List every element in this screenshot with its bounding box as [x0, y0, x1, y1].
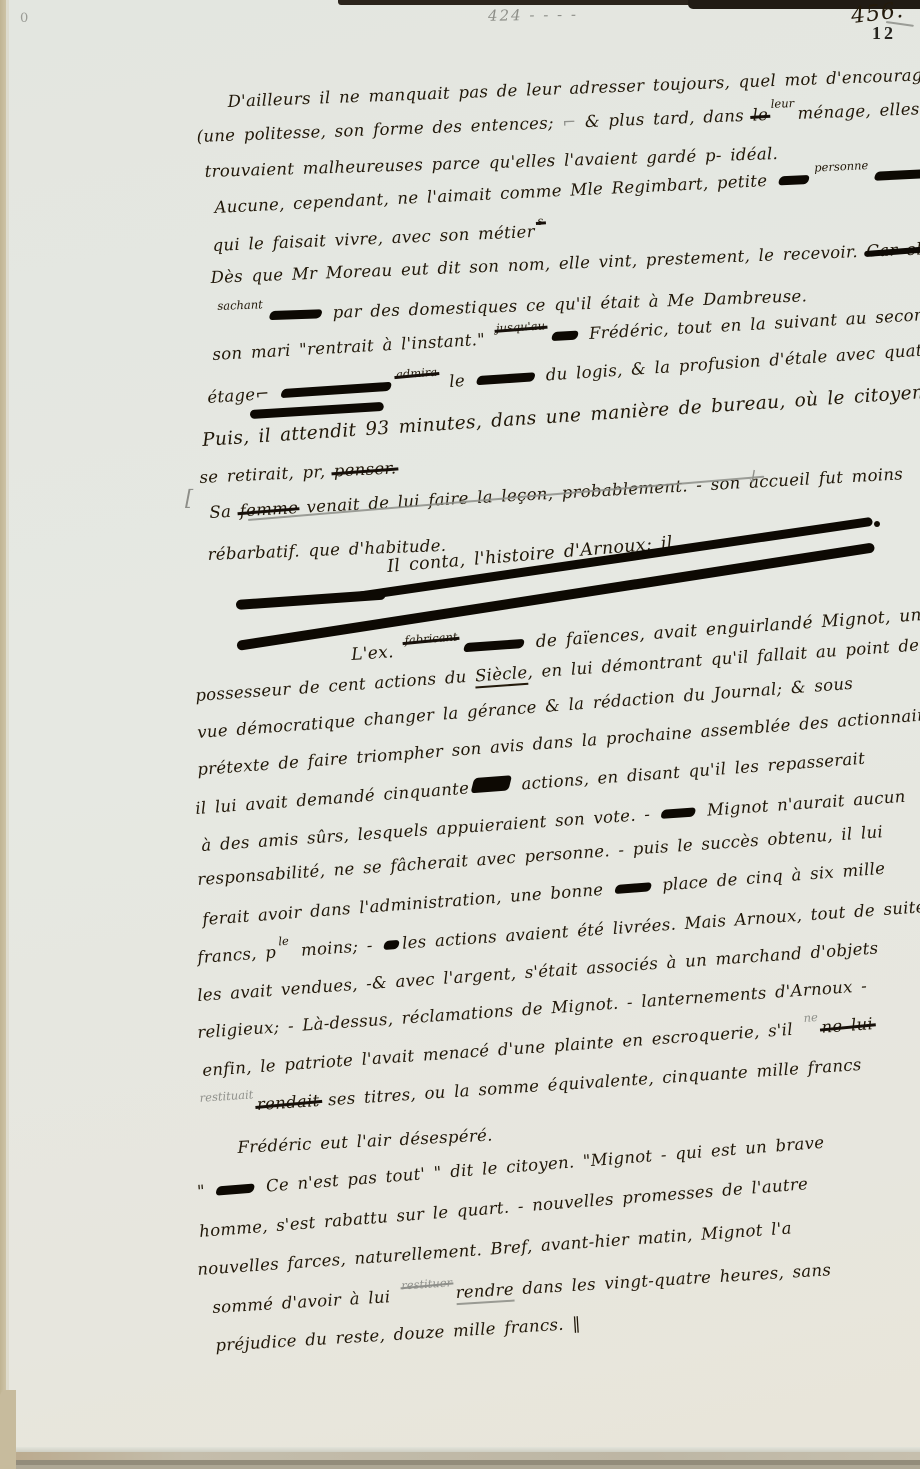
- inserted-word-struck: jusqu'au: [496, 318, 546, 335]
- handwritten-text: le: [440, 370, 474, 391]
- inserted-word: personne: [814, 158, 869, 175]
- manuscript-page: 424 - - - - 456. 12 0 D'ailleurs il ne m…: [0, 0, 920, 1469]
- pencil-inserted-word-struck: restituer: [401, 1275, 453, 1292]
- handwritten-text: Frédéric eut l'air désespéré.: [237, 1126, 493, 1157]
- blackout-redaction: [661, 807, 697, 819]
- ink-dot: [874, 521, 880, 527]
- handwritten-text: dans les vingt-quatre heures, sans: [513, 1260, 831, 1298]
- handwritten-text: son mari "rentrait à l'instant.": [212, 329, 494, 364]
- handwritten-text: se retirait, pr,: [199, 461, 334, 487]
- heavily-struck-text: Car elle: [866, 239, 920, 261]
- blackout-redaction: [475, 372, 535, 385]
- blackout-redaction: [383, 940, 400, 950]
- book-bottom-edge: [0, 1452, 920, 1460]
- handwritten-text: moins; -: [292, 935, 382, 960]
- manuscript-line: qui le faisait vivre, avec son métiers: [212, 221, 547, 255]
- blackout-redaction: [216, 1183, 256, 1195]
- handwritten-text: L'ex.: [351, 641, 403, 665]
- inserted-word: sachant: [217, 297, 263, 313]
- handwritten-text: il lui avait demandé cinquante: [195, 778, 470, 818]
- handwritten-text: (une politesse, son forme des entences;: [196, 113, 554, 146]
- handwritten-text: étage⌐: [207, 383, 279, 407]
- blackout-redaction: [874, 169, 920, 181]
- handwritten-text: du logis, & la profusion d'étale avec qu…: [537, 336, 920, 385]
- struck-text: le: [752, 105, 768, 125]
- blackout-redaction: [470, 775, 512, 793]
- handwritten-text: sommé d'avoir à lui: [212, 1287, 400, 1317]
- blackout-redaction: [463, 639, 525, 652]
- handwritten-text: place de cinq à six mille: [653, 859, 886, 895]
- inserted-word-struck: admira: [396, 365, 438, 382]
- book-bottom-edge: [0, 1465, 920, 1469]
- blackout-redaction: [550, 331, 578, 342]
- handwritten-text: & plus tard, dans: [585, 106, 753, 131]
- handwritten-text: actions, en disant qu'il les repasserait: [512, 749, 865, 794]
- handwritten-text: ferait avoir dans l'administration, une …: [202, 879, 613, 929]
- pencil-bracket-mark: [: [185, 486, 193, 510]
- inserted-word: leur: [770, 96, 794, 111]
- handwritten-text: francs, p: [197, 943, 277, 967]
- struck-text: penser.: [333, 458, 396, 480]
- blackout-bar: [250, 402, 384, 419]
- handwritten-text: possesseur de cent actions du: [195, 666, 476, 705]
- handwritten-text: qui le faisait vivre, avec son métier: [212, 222, 535, 255]
- pencil-inserted-word: ne: [803, 1010, 818, 1025]
- foliation-number-pencil: 424 - - - -: [488, 5, 578, 25]
- manuscript-line: se retirait, pr, penser.: [199, 458, 397, 487]
- pencil-inserted-word: restituait: [199, 1087, 253, 1105]
- handwritten-text: ": [197, 1181, 215, 1201]
- bottom-left-corner-stain: [0, 1390, 16, 1469]
- blackout-redaction: [614, 882, 652, 894]
- printed-page-number: 12: [872, 23, 896, 44]
- blackout-redaction: [280, 382, 392, 398]
- inserted-word-struck: fabricant: [404, 630, 458, 648]
- heavy-strikethrough-bar: [236, 590, 386, 610]
- inserted-word: le: [278, 934, 289, 949]
- handwritten-text: ménage, elles se: [797, 98, 920, 123]
- corner-pencil-mark: 0: [20, 11, 28, 26]
- manuscript-line: Frédéric eut l'air désespéré.: [237, 1126, 493, 1157]
- manuscript-line: préjudice du reste, douze mille francs. …: [215, 1314, 581, 1355]
- underlined-text: Siècle: [474, 663, 528, 689]
- inserted-word-struck: s: [537, 214, 544, 228]
- handwritten-text: Sa: [209, 501, 240, 522]
- handwritten-text: Mignot n'aurait aucun: [698, 787, 906, 820]
- blackout-redaction: [778, 175, 810, 186]
- struck-text: rendait: [256, 1091, 320, 1114]
- struck-text: ne lui: [821, 1014, 874, 1037]
- pencil-text: ⌐: [553, 112, 585, 132]
- page-left-edge-shade: [6, 0, 9, 1469]
- blackout-redaction: [268, 309, 323, 320]
- handwritten-text: préjudice du reste, douze mille francs. …: [215, 1314, 581, 1355]
- pencil-underlined-text: rendre: [455, 1280, 515, 1306]
